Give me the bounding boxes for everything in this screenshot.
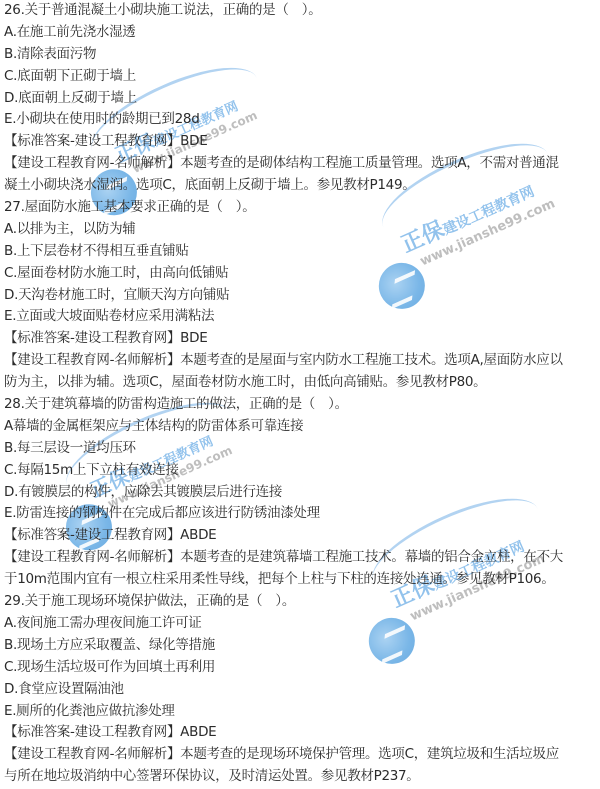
option-d: D.天沟卷材施工时，宜顺天沟方向铺贴 [4, 285, 600, 307]
analysis-line-2: 凝土小砌块浇水湿润。选项C，底面朝上反砌于墙上。参见教材P149。 [4, 175, 600, 197]
analysis-line-2: 防为主，以排为辅。选项C，屋面卷材防水施工时，由低向高铺贴。参见教材P80。 [4, 372, 600, 394]
option-a: A.在施工前先浇水湿透 [4, 22, 600, 44]
option-b: B.现场土方应采取覆盖、绿化等措施 [4, 635, 600, 657]
question-stem: 28.关于建筑幕墙的防雷构造施工的做法，正确的是（ ）。 [4, 394, 600, 416]
option-c: C.底面朝下正砌于墙上 [4, 66, 600, 88]
option-e: E.小砌块在使用时的龄期已到28d [4, 109, 600, 131]
option-d: D.食堂应设置隔油池 [4, 679, 600, 701]
question-stem: 27.屋面防水施工基本要求正确的是（ ）。 [4, 197, 600, 219]
option-a: A幕墙的金属框架应与主体结构的防雷体系可靠连接 [4, 416, 600, 438]
option-b: B.清除表面污物 [4, 44, 600, 66]
option-c: C.每隔15m上下立柱有效连接 [4, 460, 600, 482]
option-e: E.防雷连接的钢构件在完成后都应该进行防锈油漆处理 [4, 503, 600, 525]
question-stem: 26.关于普通混凝土小砌块施工说法，正确的是（ ）。 [4, 0, 600, 22]
analysis-line-2: 与所在地垃圾消纳中心签署环保协议，及时清运处置。参见教材P237。 [4, 766, 600, 788]
standard-answer: 【标准答案-建设工程教育网】BDE [4, 131, 600, 153]
standard-answer: 【标准答案-建设工程教育网】ABDE [4, 525, 600, 547]
option-b: B.每三层设一道均压环 [4, 438, 600, 460]
option-a: A.以排为主，以防为辅 [4, 219, 600, 241]
document: 26.关于普通混凝土小砌块施工说法，正确的是（ ）。 A.在施工前先浇水湿透 B… [4, 0, 600, 788]
option-c: C.屋面卷材防水施工时，由高向低铺贴 [4, 263, 600, 285]
question-28: 28.关于建筑幕墙的防雷构造施工的做法，正确的是（ ）。 A幕墙的金属框架应与主… [4, 394, 600, 591]
question-29: 29.关于施工现场环境保护做法，正确的是（ ）。 A.夜间施工需办理夜间施工许可… [4, 591, 600, 788]
question-stem: 29.关于施工现场环境保护做法，正确的是（ ）。 [4, 591, 600, 613]
option-d: D.有镀膜层的构件，应除去其镀膜层后进行连接 [4, 482, 600, 504]
option-a: A.夜间施工需办理夜间施工许可证 [4, 613, 600, 635]
option-e: E.厕所的化粪池应做抗渗处理 [4, 701, 600, 723]
analysis-line-1: 【建设工程教育网-名师解析】本题考查的是砌体结构工程施工质量管理。选项A，不需对… [4, 153, 600, 175]
option-b: B.上下层卷材不得相互垂直铺贴 [4, 241, 600, 263]
analysis-line-2: 于10m范围内宜有一根立柱采用柔性导线，把每个上柱与下柱的连接处连通。参见教材P… [4, 569, 600, 591]
option-e: E.立面或大坡面贴卷材应采用满粘法 [4, 306, 600, 328]
standard-answer: 【标准答案-建设工程教育网】BDE [4, 328, 600, 350]
option-c: C.现场生活垃圾可作为回填土再利用 [4, 657, 600, 679]
option-d: D.底面朝上反砌于墙上 [4, 88, 600, 110]
question-26: 26.关于普通混凝土小砌块施工说法，正确的是（ ）。 A.在施工前先浇水湿透 B… [4, 0, 600, 197]
analysis-line-1: 【建设工程教育网-名师解析】本题考查的是现场环境保护管理。选项C，建筑垃圾和生活… [4, 744, 600, 766]
standard-answer: 【标准答案-建设工程教育网】ABDE [4, 722, 600, 744]
analysis-line-1: 【建设工程教育网-名师解析】本题考查的是屋面与室内防水工程施工技术。选项A,屋面… [4, 350, 600, 372]
analysis-line-1: 【建设工程教育网-名师解析】本题考查的是建筑幕墙工程施工技术。幕墙的铝合金立柱，… [4, 547, 600, 569]
question-27: 27.屋面防水施工基本要求正确的是（ ）。 A.以排为主，以防为辅 B.上下层卷… [4, 197, 600, 394]
